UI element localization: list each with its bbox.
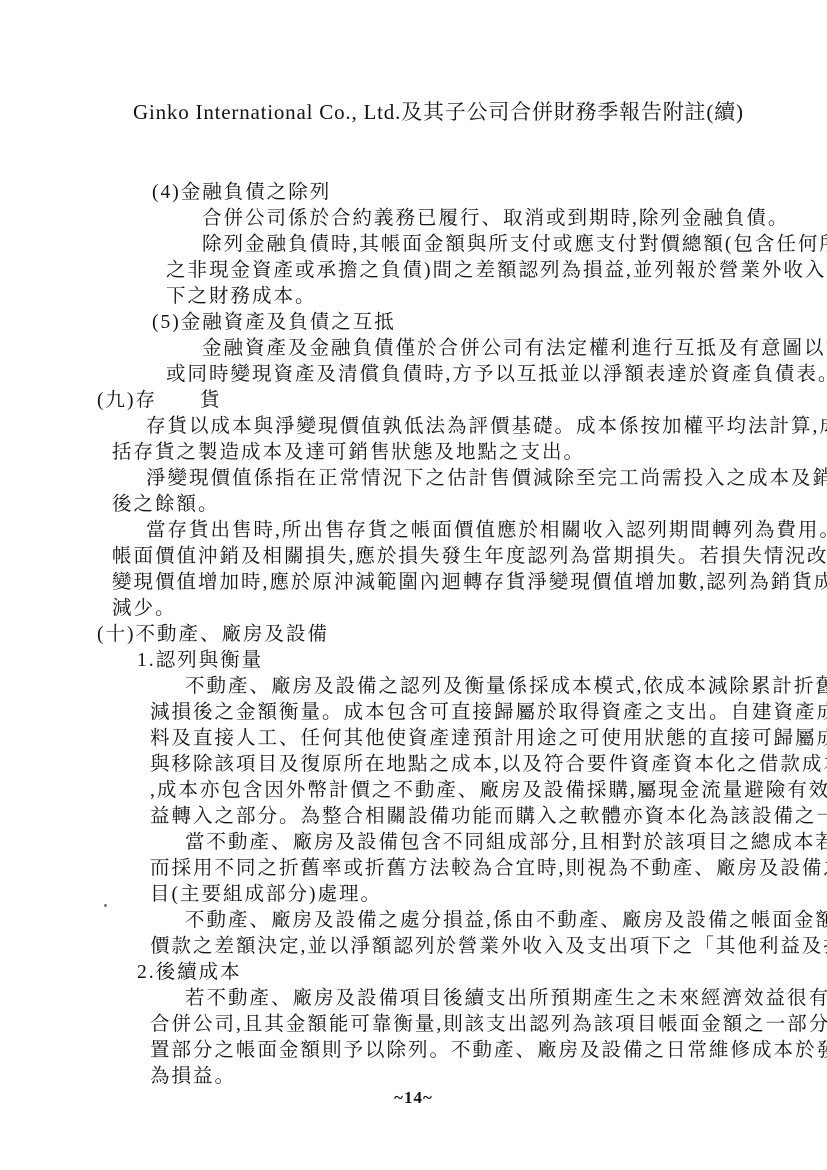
document-line: 目(主要組成部分)處理。 [150, 882, 787, 908]
page-number: ~14~ [0, 1088, 827, 1108]
document-line: 或同時變現資產及清償負債時,方予以互抵並以淨額表達於資產負債表。 [166, 362, 787, 388]
document-line: 為損益。 [150, 1064, 787, 1090]
document-line: 與移除該項目及復原所在地點之成本,以及符合要件資產資本化之借款成本。此外 [150, 752, 787, 778]
document-line: 金融資產及金融負債僅於合併公司有法定權利進行互抵及有意圖以淨額交割 [202, 336, 787, 362]
document-line: 不動產、廠房及設備之處分損益,係由不動產、廠房及設備之帳面金額與處分 [185, 908, 787, 934]
document-line: 帳面價值沖銷及相關損失,應於損失發生年度認列為當期損失。若損失情況改變致淨 [112, 544, 787, 570]
document-line: ,成本亦包含因外幣計價之不動產、廠房及設備採購,屬現金流量避險有效而自權 [150, 778, 787, 804]
document-line: 合併公司,且其金額能可靠衡量,則該支出認列為該項目帳面金額之一部分,被重 [150, 1012, 787, 1038]
document-line: 合併公司係於合約義務已履行、取消或到期時,除列金融負債。 [202, 206, 787, 232]
document-line: 而採用不同之折舊率或折舊方法較為合宜時,則視為不動產、廠房及設備之單獨項 [150, 856, 787, 882]
document-line: 當不動產、廠房及設備包含不同組成部分,且相對於該項目之總成本若屬重大 [185, 830, 787, 856]
document-line: (十)不動產、廠房及設備 [97, 622, 787, 648]
document-line: (4)金融負債之除列 [152, 180, 787, 206]
document-line: 減少。 [112, 596, 787, 622]
document-line: 下之財務成本。 [166, 284, 787, 310]
document-line: 1.認列與衡量 [137, 648, 787, 674]
scan-artifact [104, 904, 107, 907]
document-title: Ginko International Co., Ltd.及其子公司合併財務季報… [133, 96, 744, 126]
document-line: 淨變現價值係指在正常情況下之估計售價減除至完工尚需投入之成本及銷售費用 [146, 466, 787, 492]
document-line: 減損後之金額衡量。成本包含可直接歸屬於取得資產之支出。自建資產成本包含原 [150, 700, 787, 726]
document-line: 括存貨之製造成本及達可銷售狀態及地點之支出。 [112, 440, 787, 466]
document-line: 存貨以成本與淨變現價值孰低法為評價基礎。成本係按加權平均法計算,成本包 [146, 414, 787, 440]
document-line: 2.後續成本 [137, 960, 787, 986]
document-line: (九)存 貨 [97, 388, 787, 414]
document-line: 若不動產、廠房及設備項目後續支出所預期產生之未來經濟效益很有可能流入 [185, 986, 787, 1012]
document-page: Ginko International Co., Ltd.及其子公司合併財務季報… [0, 0, 827, 1170]
document-line: (5)金融資產及負債之互抵 [152, 310, 787, 336]
document-line: 價款之差額決定,並以淨額認列於營業外收入及支出項下之「其他利益及損失」。 [150, 934, 787, 960]
document-line: 當存貨出售時,所出售存貨之帳面價值應於相關收入認列期間轉列為費用。存貨 [146, 518, 787, 544]
document-line: 不動產、廠房及設備之認列及衡量係採成本模式,依成本減除累計折舊與累計 [185, 674, 787, 700]
document-body: (4)金融負債之除列 合併公司係於合約義務已履行、取消或到期時,除列金融負債。 … [97, 180, 787, 1090]
document-line: 變現價值增加時,應於原沖減範圍內迴轉存貨淨變現價值增加數,認列為銷貨成本之 [112, 570, 787, 596]
document-line: 置部分之帳面金額則予以除列。不動產、廠房及設備之日常維修成本於發生時認列 [150, 1038, 787, 1064]
document-line: 之非現金資產或承擔之負債)間之差額認列為損益,並列報於營業外收入及支出項 [166, 258, 787, 284]
document-line: 料及直接人工、任何其他使資產達預計用途之可使用狀態的直接可歸屬成本、拆卸 [150, 726, 787, 752]
document-line: 除列金融負債時,其帳面金額與所支付或應支付對價總額(包含任何所移轉 [202, 232, 787, 258]
document-line: 後之餘額。 [112, 492, 787, 518]
document-line: 益轉入之部分。為整合相關設備功能而購入之軟體亦資本化為該設備之一部分。 [150, 804, 787, 830]
